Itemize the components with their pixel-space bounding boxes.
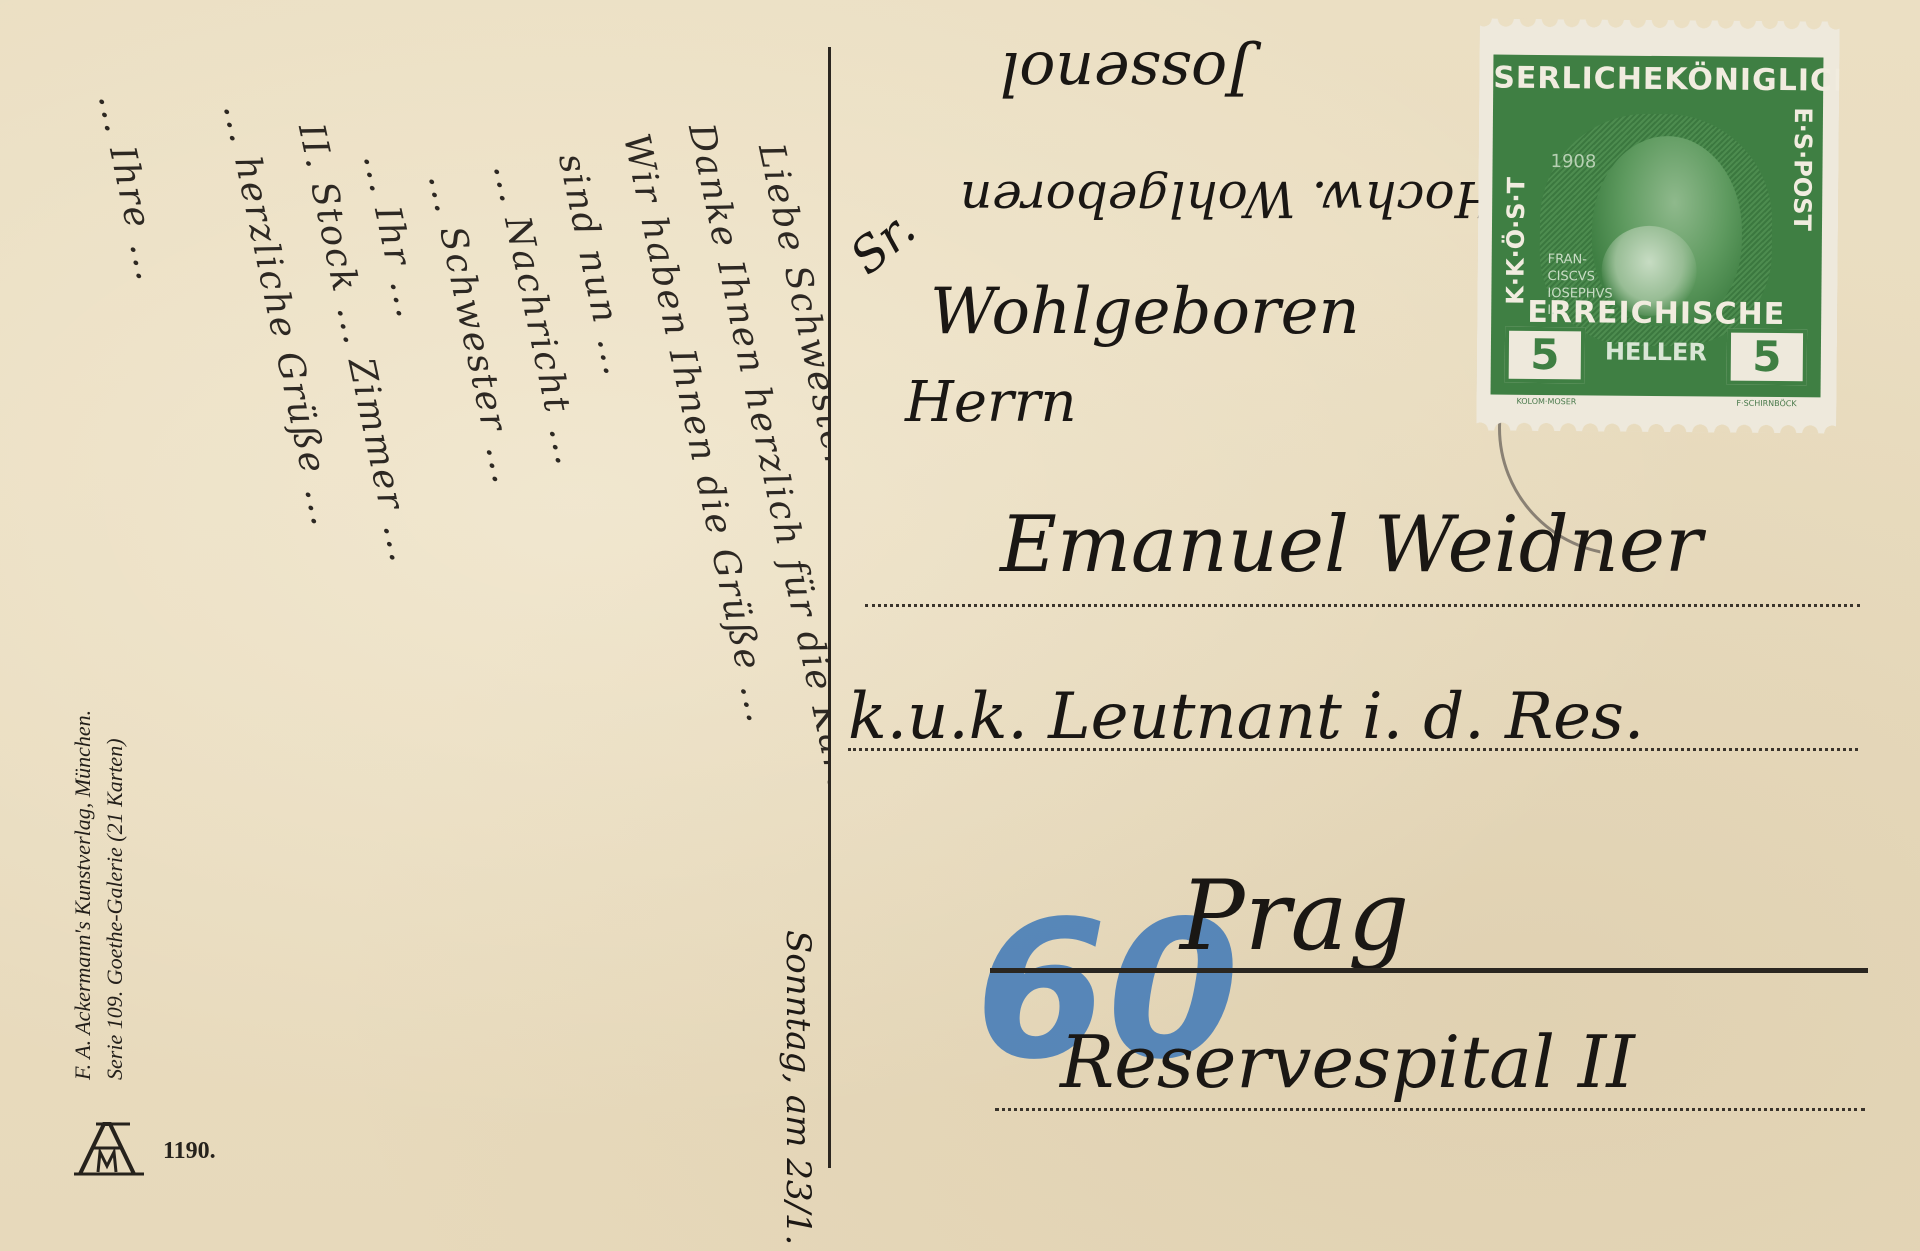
address-greeting-prefix: Sr.	[840, 200, 926, 285]
stamp-denomination: HELLER	[1591, 337, 1721, 366]
stamp-year: 1908	[1550, 151, 1596, 172]
stamp-credit-right: F·SCHIRNBÖCK	[1736, 399, 1796, 409]
address-title-line: Hochw. Wohlgeboren	[960, 170, 1498, 228]
address-top-line: Jossenol	[1000, 38, 1251, 108]
stamp-value-right: 5	[1727, 329, 1807, 386]
message-side: Liebe Schwester und Schwager! Danke Ihne…	[0, 0, 828, 1251]
publisher-line-1: F. A. Ackermann's Kunstverlag, München.	[70, 710, 96, 1080]
postage-stamp: SERLICHEKÖNIGLICH ERREICHISCHE K·K·Ö·S·T…	[1476, 18, 1840, 433]
stamp-design: SERLICHEKÖNIGLICH ERREICHISCHE K·K·Ö·S·T…	[1491, 55, 1824, 398]
stamp-credit-left: KOLOM·MOSER	[1516, 397, 1576, 407]
publisher-logo-icon	[70, 1118, 150, 1178]
stamp-portrait-legend: FRAN- CISCVS IOSEPHVS I.	[1547, 251, 1618, 320]
address-line-3	[995, 1108, 1865, 1111]
stamp-side-right-text: E·S·POST	[1788, 107, 1817, 231]
legend-line: IOSEPHVS	[1547, 285, 1617, 303]
address-line-1	[865, 604, 1860, 607]
postcard: Liebe Schwester und Schwager! Danke Ihne…	[0, 0, 1920, 1251]
recipient-rank: k.u.k. Leutnant i. d. Res.	[848, 680, 1644, 754]
stamp-value-left: 5	[1505, 327, 1585, 384]
date-note: Sonntag, am 23/1.	[778, 930, 818, 1245]
address-honorific: Herrn	[905, 370, 1077, 435]
legend-line: I.	[1547, 302, 1617, 320]
recipient-city: Prag	[1180, 860, 1409, 972]
stamp-top-text: SERLICHEKÖNIGLICH	[1493, 61, 1823, 99]
recipient-name: Emanuel Weidner	[1000, 500, 1702, 590]
stamp-side-left-text: K·K·Ö·S·T	[1501, 177, 1530, 305]
recipient-facility: Reservespital II	[1060, 1020, 1635, 1104]
center-divider	[828, 47, 831, 1168]
address-wohlgeboren: Wohlgeboren	[930, 275, 1360, 349]
serial-number: 1190.	[163, 1138, 216, 1165]
message-line: ... Ihre ...	[90, 90, 170, 286]
publisher-line-2: Serie 109. Goethe-Galerie (21 Karten)	[102, 738, 128, 1080]
city-underline	[990, 968, 1868, 973]
legend-line: FRAN-	[1548, 251, 1618, 269]
address-line-2	[848, 748, 1858, 751]
legend-line: CISCVS	[1547, 268, 1617, 286]
